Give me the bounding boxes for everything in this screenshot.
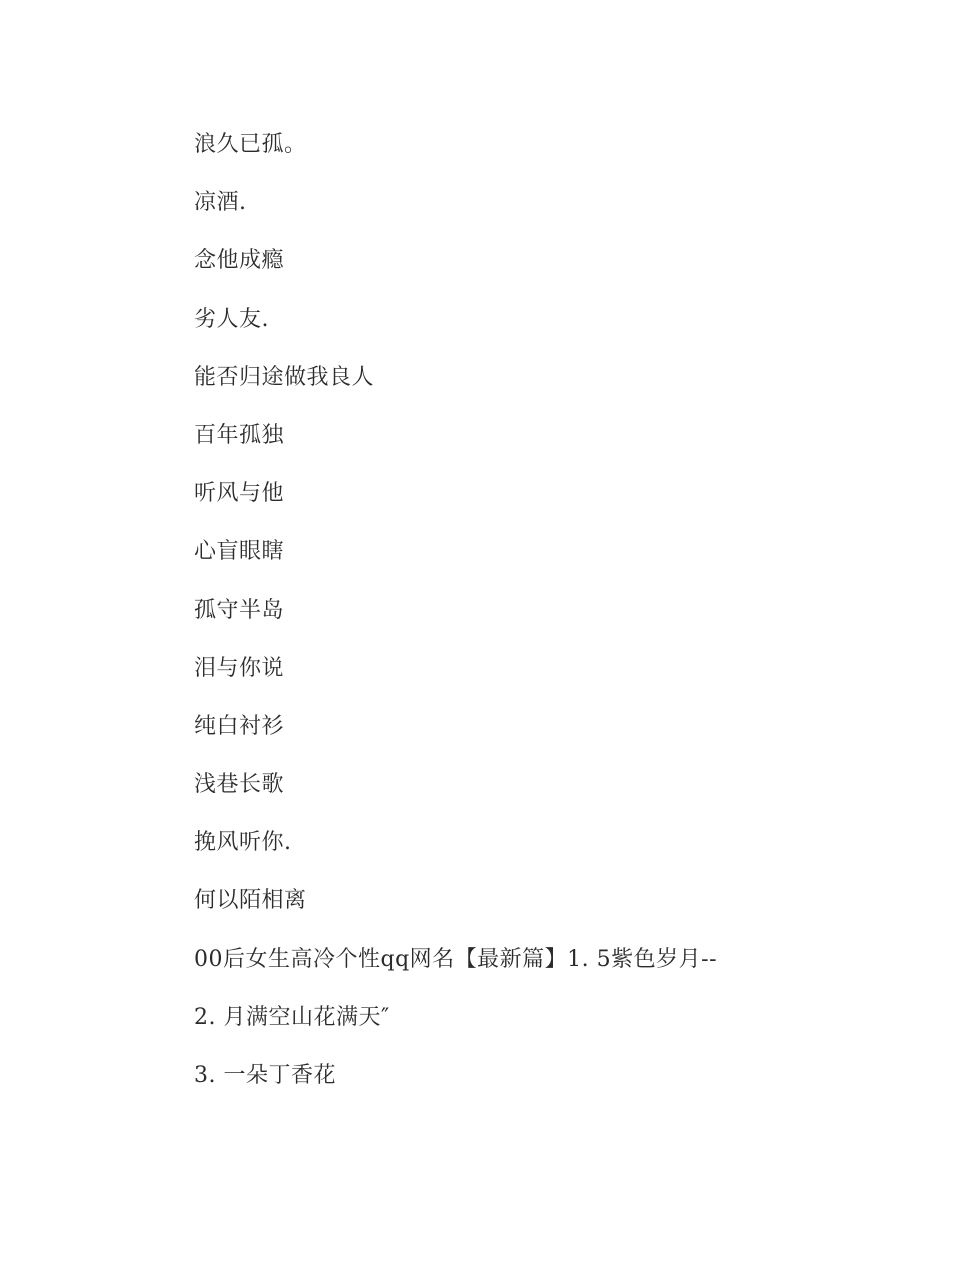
text-line: 何以陌相离 xyxy=(194,884,717,942)
nickname-list: 浪久已孤。 凉酒. 念他成瘾 劣人友. 能否归途做我良人 百年孤独 听风与他 心… xyxy=(194,128,717,1117)
numbered-item: 3. 一朵丁香花 xyxy=(194,1059,717,1117)
text-line: 百年孤独 xyxy=(194,419,717,477)
text-line: 能否归途做我良人 xyxy=(194,361,717,419)
text-line: 劣人友. xyxy=(194,303,717,361)
text-line: 浪久已孤。 xyxy=(194,128,717,186)
text-line: 浅巷长歌 xyxy=(194,768,717,826)
text-line: 孤守半岛 xyxy=(194,594,717,652)
text-line: 听风与他 xyxy=(194,477,717,535)
text-line: 念他成瘾 xyxy=(194,244,717,302)
text-line: 挽风听你. xyxy=(194,826,717,884)
text-line: 纯白衬衫 xyxy=(194,710,717,768)
text-line: 心盲眼瞎 xyxy=(194,535,717,593)
document-page: 浪久已孤。 凉酒. 念他成瘾 劣人友. 能否归途做我良人 百年孤独 听风与他 心… xyxy=(0,0,961,1280)
text-line: 泪与你说 xyxy=(194,652,717,710)
text-line: 凉酒. xyxy=(194,186,717,244)
numbered-item: 2. 月满空山花满天″ xyxy=(194,1001,717,1059)
section-heading-line: 00后女生高冷个性qq网名【最新篇】1. 5紫色岁月-- xyxy=(194,943,717,1001)
